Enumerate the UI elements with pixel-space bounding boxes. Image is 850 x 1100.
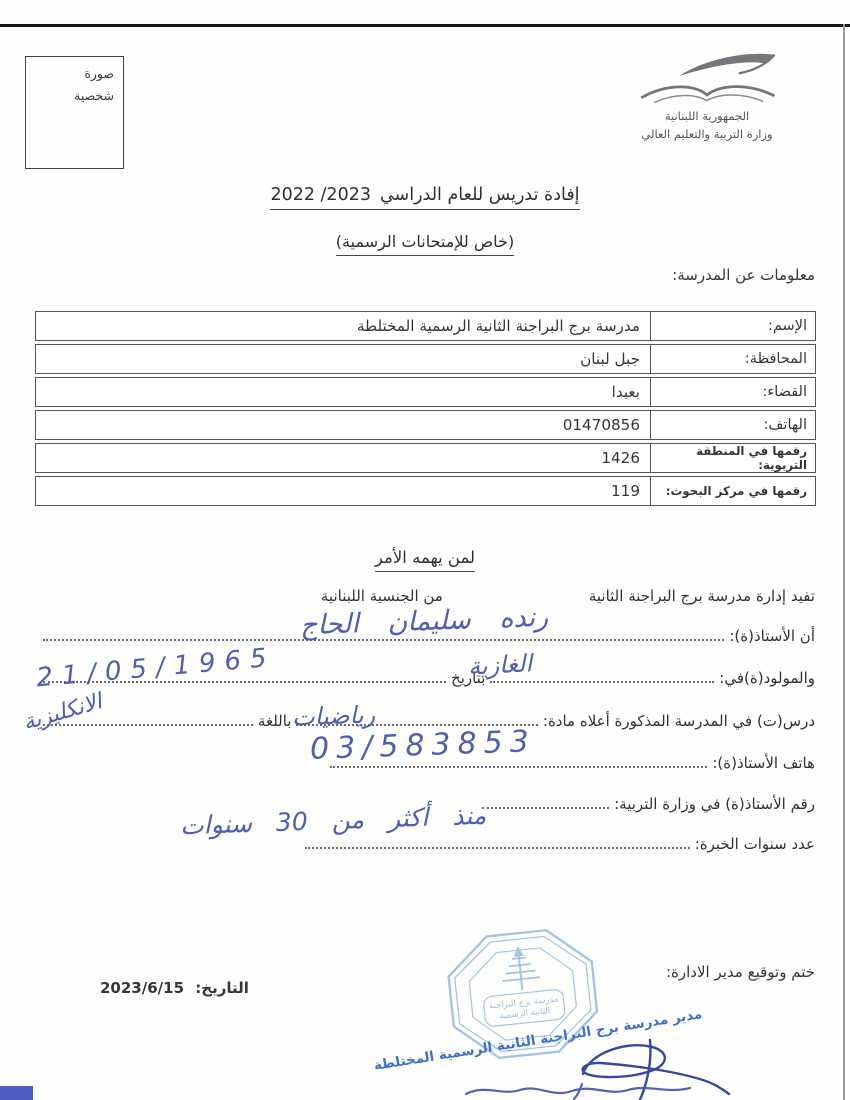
phone-value: 01470856 [36,411,650,439]
school-info-heading: معلومات عن المدرسة: [672,266,815,284]
intro-text: تفيد إدارة مدرسة برج البراجنة الثانية [589,585,815,607]
research-center-number-label: رقمها في مركز البحوث: [650,477,815,505]
date-label: التاريخ: [195,979,249,997]
photo-box-label-line2: شخصية [35,85,114,107]
document-subtitle-line: (خاص للإمتحانات الرسمية) [0,232,850,251]
ministry-number-label: رقم الأستاذ(ة) في وزارة التربية: [614,793,815,815]
date-line: التاريخ: 2023/6/15 [100,979,249,997]
table-row-phone: الهاتف: 01470856 [35,410,816,440]
ministry-logo-icon [632,50,782,108]
table-row-governorate: المحافظة: جبل لبنان [35,344,816,374]
scanned-document-page: صورة شخصية الجمهورية اللبنانية وزارة الت… [0,0,850,1100]
dotted-leader [305,833,690,849]
concern-heading: لمن يهمه الأمر [375,548,475,572]
research-center-number-value: 119 [36,477,650,505]
document-title: إفادة تدريس للعام الدراسي [380,185,580,205]
ministry-logo-block: الجمهورية اللبنانية وزارة التربية والتعل… [612,50,802,144]
scan-artifact-corner [0,1086,33,1100]
table-row-research-center-number: رقمها في مركز البحوث: 119 [35,476,816,506]
nationality-text: من الجنسية اللبنانية [321,585,443,607]
document-title-line: إفادة تدريس للعام الدراسي2022 /2023 [0,185,850,205]
ministry-name: الجمهورية اللبنانية [612,108,802,126]
governorate-value: جبل لبنان [36,345,650,373]
school-info-table: الإسم: مدرسة برج البراجنة الثانية الرسمي… [35,311,816,509]
handwritten-subject: رياضيات [292,701,376,732]
scan-edge-top [0,24,850,27]
signature-partial-bottom [462,1080,702,1100]
table-row-educational-zone-number: رقمها في المنطقة التربوية: 1426 [35,443,816,473]
birth-label: والمولود(ة)في: [719,667,815,689]
photo-box-label-line1: صورة [35,63,114,85]
subject-label: درس(ت) في المدرسة المذكورة أعلاه مادة: [543,710,815,732]
academic-year: 2022 /2023 [270,185,371,205]
intro-line: تفيد إدارة مدرسة برج البراجنة الثانية من… [35,585,815,607]
ministry-number-line: رقم الأستاذ(ة) في وزارة التربية: [477,793,815,815]
governorate-label: المحافظة: [650,345,815,373]
experience-line: عدد سنوات الخبرة: [300,833,815,855]
educational-zone-number-value: 1426 [36,444,650,472]
table-row-school-name: الإسم: مدرسة برج البراجنة الثانية الرسمي… [35,311,816,341]
handwritten-birthplace: الغازية [467,649,532,680]
stamp-and-signature-label: ختم وتوقيع مدير الادارة: [666,963,815,981]
language-label: باللغة [258,710,292,732]
teacher-label: أن الأستاذ(ة): [729,625,815,647]
dotted-leader [482,793,609,809]
personal-photo-box: صورة شخصية [25,56,124,169]
experience-label: عدد سنوات الخبرة: [695,833,815,855]
district-label: القضاء: [650,378,815,406]
educational-zone-number-label: رقمها في المنطقة التربوية: [650,444,815,472]
school-name-value: مدرسة برج البراجنة الثانية الرسمية المخت… [36,312,650,340]
district-value: بعبدا [36,378,650,406]
date-value: 2023/6/15 [100,979,184,997]
teacher-phone-label: هاتف الأستاذ(ة): [712,752,815,774]
table-row-district: القضاء: بعبدا [35,377,816,407]
ministry-department: وزارة التربية والتعليم العالي [612,126,802,144]
school-name-label: الإسم: [650,312,815,340]
phone-label: الهاتف: [650,411,815,439]
document-subtitle: (خاص للإمتحانات الرسمية) [336,232,514,256]
concern-heading-line: لمن يهمه الأمر [0,548,850,567]
